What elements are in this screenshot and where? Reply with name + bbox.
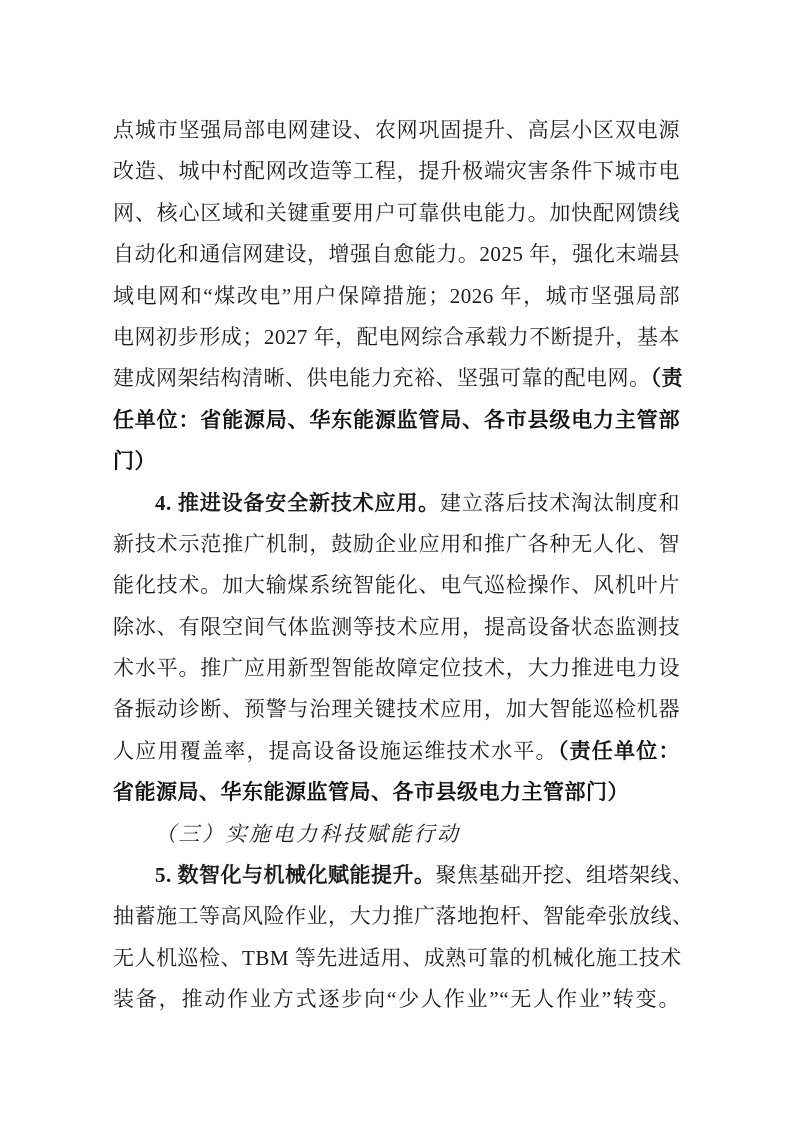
text-line-2: 改造、城中村配网改造等工程，提升极端灾害条件下城市电 [113,151,680,192]
text-line-14: 术水平。推广应用新型智能故障定位技术，大力推进电力设 [113,648,680,689]
text-line-6: 电网初步形成；2027 年，配电网综合承载力不断提升，基本 [113,317,680,358]
text-line-7: 建成网架结构清晰、供电能力充裕、坚强可靠的配电网。（责 [113,358,680,399]
text-line-3: 网、核心区域和关键重要用户可靠供电能力。加快配网馈线 [113,193,680,234]
text-segment-hei: 门） [113,450,156,473]
text-segment-hei: （责 [651,367,684,390]
text-segment-body: 建成网架结构清晰、供电能力充裕、坚强可靠的配电网。 [113,366,651,390]
text-line-10: 4. 推进设备安全新技术应用。建立落后技术淘汰制度和 [113,483,680,524]
text-segment-body: 抽蓄施工等高风险作业，大力推广落地抱杆、智能牵张放线、 [113,904,694,928]
text-line-1: 点城市坚强局部电网建设、农网巩固提升、高层小区双电源 [113,110,680,151]
text-segment-hei: （责任单位： [558,740,680,763]
text-line-19: 5. 数智化与机械化赋能提升。聚焦基础开挖、组塔架线、 [113,855,680,896]
text-segment-body: 新技术示范推广机制，鼓励企业应用和推广各种无人化、智 [113,532,680,556]
text-segment-body: 改造、城中村配网改造等工程，提升极端灾害条件下城市电 [113,159,680,183]
text-line-5: 域电网和“煤改电”用户保障措施；2026 年，城市坚强局部 [113,276,680,317]
text-line-13: 除冰、有限空间气体监测等技术应用，提高设备状态监测技 [113,607,680,648]
text-segment-body: 人应用覆盖率，提高设备设施运维技术水平。 [113,739,558,763]
text-line-22: 装备，推动作业方式逐步向“少人作业”“无人作业”转变。 [113,979,680,1020]
text-line-15: 备振动诊断、预警与治理关键技术应用，加大智能巡检机器 [113,689,680,730]
text-segment-body: 无人机巡检、TBM 等先进适用、成熟可靠的机械化施工技术 [113,946,682,970]
text-line-20: 抽蓄施工等高风险作业，大力推广落地抱杆、智能牵张放线、 [113,896,680,937]
text-segment-body: 自动化和通信网建设，增强自愈能力。2025 年，强化末端县 [113,242,680,266]
document-page: 点城市坚强局部电网建设、农网巩固提升、高层小区双电源改造、城中村配网改造等工程，… [0,0,794,1123]
text-segment-hei: 任单位：省能源局、华东能源监管局、各市县级电力主管部 [113,409,680,432]
text-segment-body: 备振动诊断、预警与治理关键技术应用，加大智能巡检机器 [113,697,680,721]
text-segment-body: 建立落后技术淘汰制度和 [440,491,680,515]
text-line-9: 门） [113,441,680,482]
text-line-4: 自动化和通信网建设，增强自愈能力。2025 年，强化末端县 [113,234,680,275]
text-segment-body: 域电网和“煤改电”用户保障措施；2026 年，城市坚强局部 [113,284,680,308]
text-line-12: 能化技术。加大输煤系统智能化、电气巡检操作、风机叶片 [113,565,680,606]
document-text-block: 点城市坚强局部电网建设、农网巩固提升、高层小区双电源改造、城中村配网改造等工程，… [113,110,680,1021]
text-segment-boldserif: 5. 数智化与机械化赋能提升。 [155,863,436,887]
text-line-8: 任单位：省能源局、华东能源监管局、各市县级电力主管部 [113,400,680,441]
text-segment-kai: （三）实施电力科技赋能行动 [155,822,461,846]
text-segment-body: 点城市坚强局部电网建设、农网巩固提升、高层小区双电源 [113,118,680,142]
text-line-11: 新技术示范推广机制，鼓励企业应用和推广各种无人化、智 [113,524,680,565]
text-line-18: （三）实施电力科技赋能行动 [113,814,680,855]
text-segment-body: 除冰、有限空间气体监测等技术应用，提高设备状态监测技 [113,615,680,639]
text-segment-body: 术水平。推广应用新型智能故障定位技术，大力推进电力设 [113,656,680,680]
text-line-17: 省能源局、华东能源监管局、各市县级电力主管部门） [113,772,680,813]
text-line-16: 人应用覆盖率，提高设备设施运维技术水平。（责任单位： [113,731,680,772]
text-line-21: 无人机巡检、TBM 等先进适用、成熟可靠的机械化施工技术 [113,938,680,979]
text-segment-hei: 省能源局、华东能源监管局、各市县级电力主管部门） [113,781,629,804]
text-segment-body: 能化技术。加大输煤系统智能化、电气巡检操作、风机叶片 [113,573,680,597]
text-segment-boldserif: 4. 推进设备安全新技术应用。 [155,491,440,515]
text-segment-body: 电网初步形成；2027 年，配电网综合承载力不断提升，基本 [113,325,680,349]
text-segment-body: 网、核心区域和关键重要用户可靠供电能力。加快配网馈线 [113,201,680,225]
text-segment-body: 装备，推动作业方式逐步向“少人作业”“无人作业”转变。 [113,987,680,1011]
text-segment-body: 聚焦基础开挖、组塔架线、 [436,863,694,887]
